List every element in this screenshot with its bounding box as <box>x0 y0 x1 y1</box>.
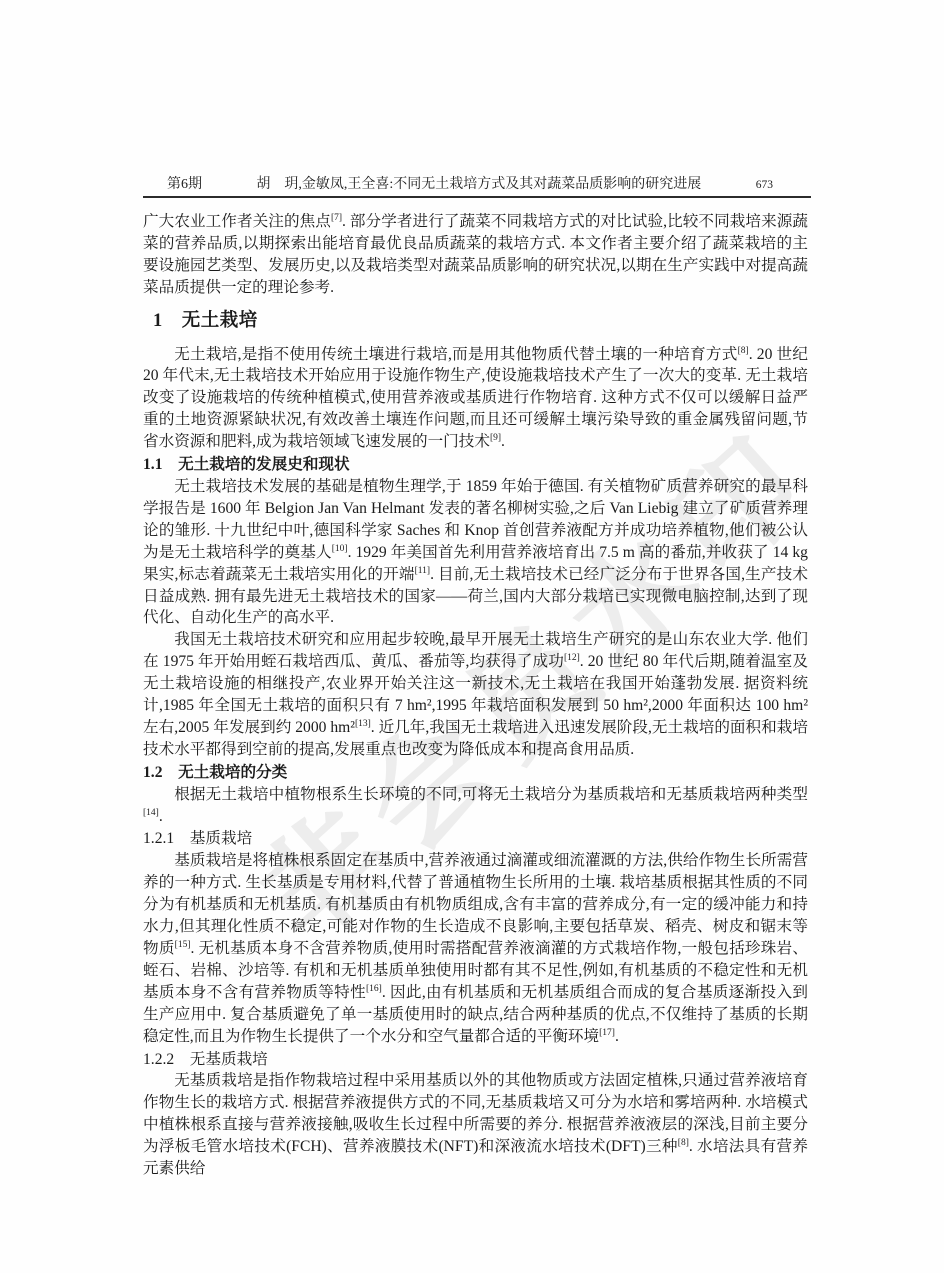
header-rule <box>143 196 811 198</box>
paragraph-non-substrate-culture: 无基质栽培是指作物栽培过程中采用基质以外的其他物质或方法固定植株,只通过营养液培… <box>143 1070 808 1180</box>
section-heading-1-1: 1.1 无土栽培的发展史和现状 <box>143 454 808 476</box>
section-heading-1-2-2: 1.2.2 无基质栽培 <box>143 1049 808 1071</box>
paragraph-soilless-overview: 无土栽培,是指不使用传统土壤进行栽培,而是用其他物质代替土壤的一种培育方式[8]… <box>143 344 808 454</box>
section-heading-1-2: 1.2 无土栽培的分类 <box>143 762 808 784</box>
paragraph-substrate-culture: 基质栽培是将植株根系固定在基质中,营养液通过滴灌或细流灌溉的方法,供给作物生长所… <box>143 850 808 1047</box>
running-head: 第6期 胡 玥,金敏凤,王全喜:不同无土栽培方式及其对蔬菜品质影响的研究进展 6… <box>143 176 811 194</box>
article-body: 广大农业工作者关注的焦点[7]. 部分学者进行了蔬菜不同栽培方式的对比试验,比较… <box>143 211 808 1180</box>
section-heading-1-2-1: 1.2.1 基质栽培 <box>143 828 808 850</box>
page-number: 673 <box>756 176 811 194</box>
running-title: 胡 玥,金敏凤,王全喜:不同无土栽培方式及其对蔬菜品质影响的研究进展 <box>202 176 756 194</box>
section-heading-1: 1 无土栽培 <box>143 311 808 333</box>
paragraph-intro-continuation: 广大农业工作者关注的焦点[7]. 部分学者进行了蔬菜不同栽培方式的对比试验,比较… <box>143 211 808 299</box>
journal-page: 第6期 胡 玥,金敏凤,王全喜:不同无土栽培方式及其对蔬菜品质影响的研究进展 6… <box>0 0 944 1273</box>
paragraph-history-world: 无土栽培技术发展的基础是植物生理学,于 1859 年始于德国. 有关植物矿质营养… <box>143 476 808 629</box>
paragraph-classification: 根据无土栽培中植物根系生长环境的不同,可将无土栽培分为基质栽培和无基质栽培两种类… <box>143 784 808 828</box>
journal-issue: 第6期 <box>143 176 202 194</box>
paragraph-history-china: 我国无土栽培技术研究和应用起步较晚,最早开展无土栽培生产研究的是山东农业大学. … <box>143 629 808 760</box>
